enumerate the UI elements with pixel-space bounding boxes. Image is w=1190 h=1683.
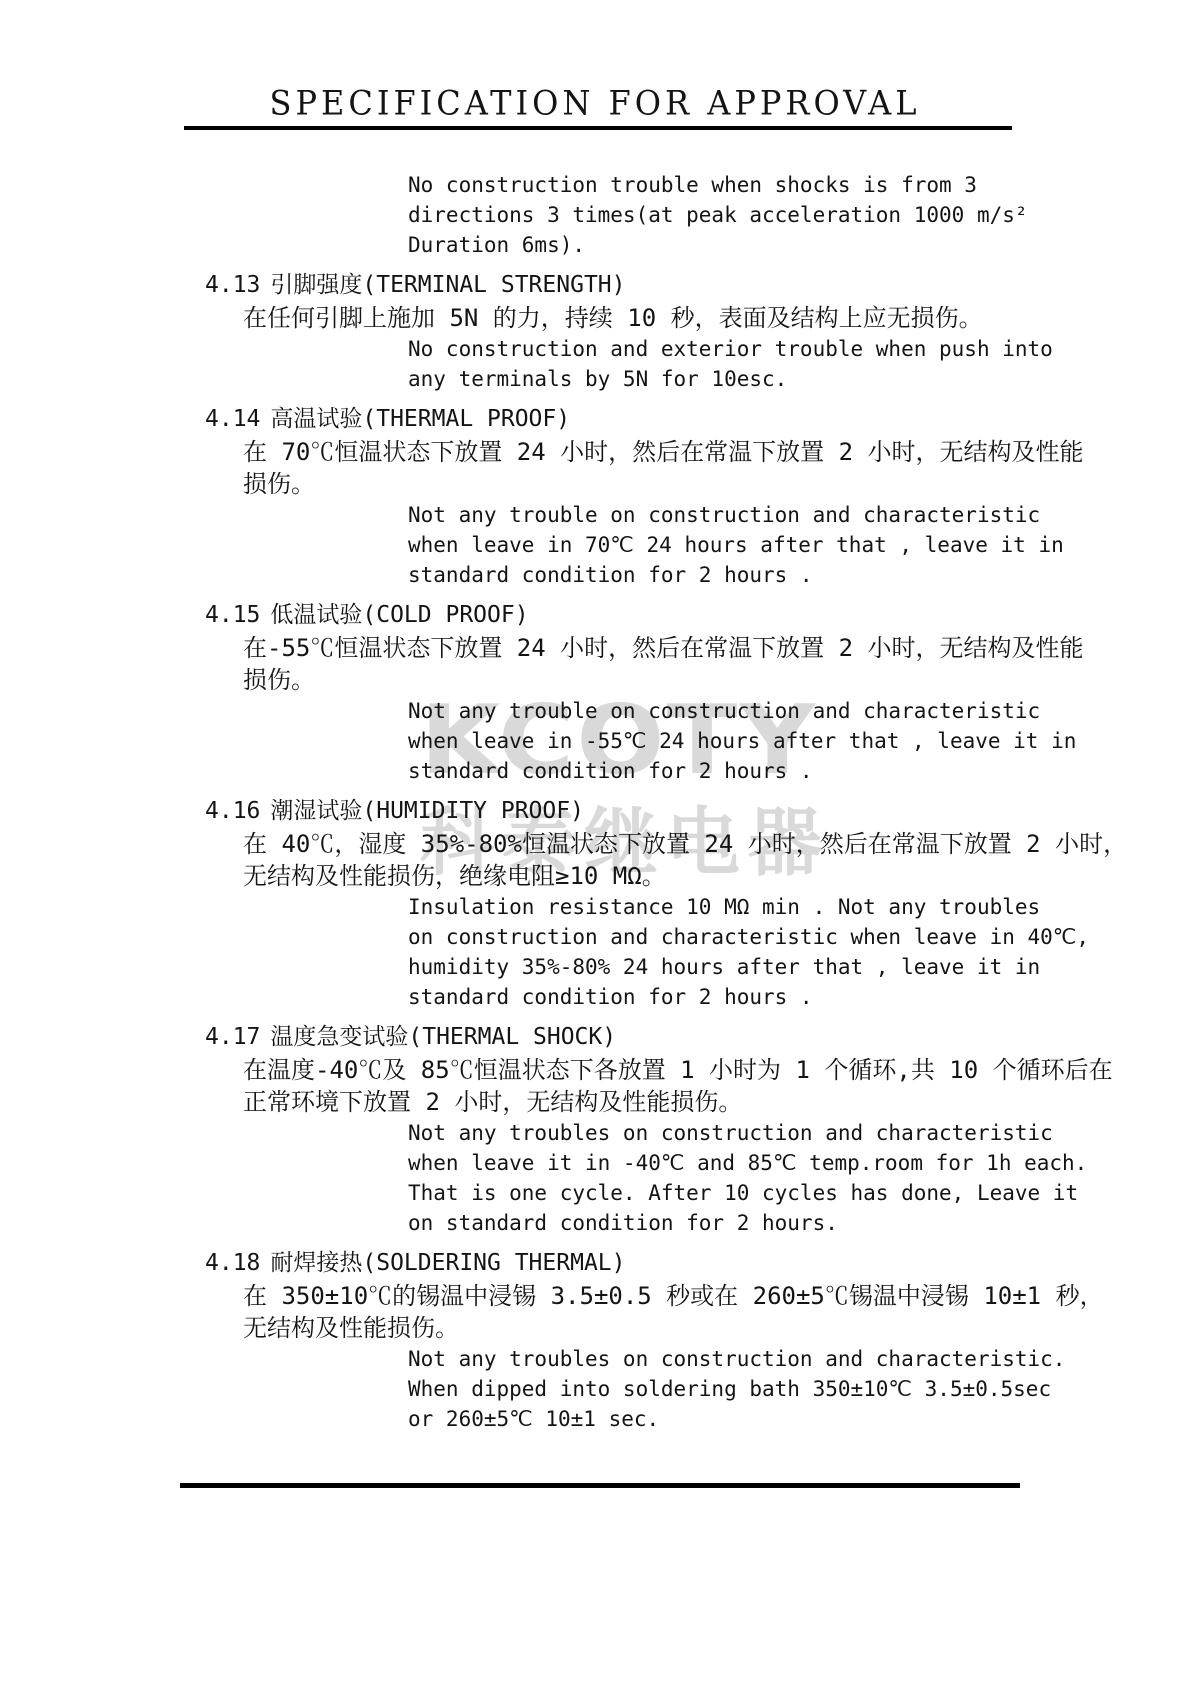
section-title: 耐焊接热(SOLDERING THERMAL)	[270, 1250, 625, 1276]
section-number: 4.14	[205, 406, 260, 432]
section-cn-line: 在-55℃恒温状态下放置 24 小时，然后在常温下放置 2 小时，无结构及性能	[243, 632, 1190, 664]
section-cn-line: 正常环境下放置 2 小时，无结构及性能损伤。	[243, 1086, 1190, 1118]
document-page: KCOTY 科泰继电器 SPECIFICATION FOR APPROVAL N…	[0, 0, 1190, 1683]
intro-english-line: Duration 6ms).	[408, 230, 1190, 260]
section-number: 4.16	[205, 798, 260, 824]
section-en-block: Not any troubles on construction and cha…	[408, 1344, 1190, 1434]
section-en-line: standard condition for 2 hours .	[408, 756, 1190, 786]
section-cn-line: 在任何引脚上施加 5N 的力，持续 10 秒，表面及结构上应无损伤。	[243, 302, 1190, 334]
section-cold-proof: 4.15低温试验(COLD PROOF) 在-55℃恒温状态下放置 24 小时，…	[0, 600, 1190, 786]
section-en-line: Insulation resistance 10 MΩ min . Not an…	[408, 892, 1190, 922]
section-thermal-shock: 4.17温度急变试验(THERMAL SHOCK) 在温度-40℃及 85℃恒温…	[0, 1022, 1190, 1238]
section-number: 4.13	[205, 272, 260, 298]
section-en-block: Insulation resistance 10 MΩ min . Not an…	[408, 892, 1190, 1012]
section-title: 潮湿试验(HUMIDITY PROOF)	[270, 798, 584, 824]
document-body: No construction trouble when shocks is f…	[0, 170, 1190, 1434]
section-cn-line: 在 70℃恒温状态下放置 24 小时，然后在常温下放置 2 小时，无结构及性能	[243, 436, 1190, 468]
section-title: 低温试验(COLD PROOF)	[270, 602, 528, 628]
section-en-line: humidity 35%-80% 24 hours after that , l…	[408, 952, 1190, 982]
section-cn-line: 损伤。	[243, 664, 1190, 696]
section-number: 4.17	[205, 1024, 260, 1050]
section-en-line: when leave in 70℃ 24 hours after that , …	[408, 530, 1190, 560]
intro-english-line: No construction trouble when shocks is f…	[408, 170, 1190, 200]
section-heading: 4.13引脚强度(TERMINAL STRENGTH)	[205, 270, 1190, 300]
section-en-line: No construction and exterior trouble whe…	[408, 334, 1190, 364]
section-cn-line: 无结构及性能损伤，绝缘电阻≥10 MΩ。	[243, 860, 1190, 892]
section-en-block: Not any trouble on construction and char…	[408, 500, 1190, 590]
page-title: SPECIFICATION FOR APPROVAL	[0, 83, 1190, 123]
section-heading: 4.17温度急变试验(THERMAL SHOCK)	[205, 1022, 1190, 1052]
section-title: 高温试验(THERMAL PROOF)	[270, 406, 570, 432]
section-en-line: Not any trouble on construction and char…	[408, 696, 1190, 726]
section-en-line: That is one cycle. After 10 cycles has d…	[408, 1178, 1190, 1208]
section-humidity-proof: 4.16潮湿试验(HUMIDITY PROOF) 在 40℃，湿度 35%-80…	[0, 796, 1190, 1012]
section-en-block: Not any troubles on construction and cha…	[408, 1118, 1190, 1238]
section-heading: 4.14高温试验(THERMAL PROOF)	[205, 404, 1190, 434]
section-number: 4.18	[205, 1250, 260, 1276]
section-en-block: No construction and exterior trouble whe…	[408, 334, 1190, 394]
header-rule	[184, 126, 1012, 130]
section-en-line: on standard condition for 2 hours.	[408, 1208, 1190, 1238]
section-en-line: Not any trouble on construction and char…	[408, 500, 1190, 530]
section-thermal-proof: 4.14高温试验(THERMAL PROOF) 在 70℃恒温状态下放置 24 …	[0, 404, 1190, 590]
section-en-line: or 260±5℃ 10±1 sec.	[408, 1404, 1190, 1434]
section-en-line: Not any troubles on construction and cha…	[408, 1344, 1190, 1374]
section-en-block: Not any trouble on construction and char…	[408, 696, 1190, 786]
intro-english-line: directions 3 times(at peak acceleration …	[408, 200, 1190, 230]
section-title: 引脚强度(TERMINAL STRENGTH)	[270, 272, 625, 298]
section-en-line: standard condition for 2 hours .	[408, 560, 1190, 590]
section-soldering-thermal: 4.18耐焊接热(SOLDERING THERMAL) 在 350±10℃的锡温…	[0, 1248, 1190, 1434]
section-number: 4.15	[205, 602, 260, 628]
section-heading: 4.15低温试验(COLD PROOF)	[205, 600, 1190, 630]
section-cn-line: 在温度-40℃及 85℃恒温状态下各放置 1 小时为 1 个循环,共 10 个循…	[243, 1054, 1190, 1086]
section-cn-line: 在 40℃，湿度 35%-80%恒温状态下放置 24 小时，然后在常温下放置 2…	[243, 828, 1190, 860]
intro-english-block: No construction trouble when shocks is f…	[408, 170, 1190, 260]
section-cn-line: 无结构及性能损伤。	[243, 1312, 1190, 1344]
section-en-line: any terminals by 5N for 10esc.	[408, 364, 1190, 394]
section-en-line: when leave it in -40℃ and 85℃ temp.room …	[408, 1148, 1190, 1178]
section-cn-line: 损伤。	[243, 468, 1190, 500]
section-en-line: on construction and characteristic when …	[408, 922, 1190, 952]
footer-rule	[180, 1483, 1020, 1488]
section-en-line: Not any troubles on construction and cha…	[408, 1118, 1190, 1148]
section-heading: 4.16潮湿试验(HUMIDITY PROOF)	[205, 796, 1190, 826]
section-en-line: when leave in -55℃ 24 hours after that ,…	[408, 726, 1190, 756]
section-cn-line: 在 350±10℃的锡温中浸锡 3.5±0.5 秒或在 260±5℃锡温中浸锡 …	[243, 1280, 1190, 1312]
section-en-line: When dipped into soldering bath 350±10℃ …	[408, 1374, 1190, 1404]
section-terminal-strength: 4.13引脚强度(TERMINAL STRENGTH) 在任何引脚上施加 5N …	[0, 270, 1190, 394]
section-title: 温度急变试验(THERMAL SHOCK)	[270, 1024, 616, 1050]
section-heading: 4.18耐焊接热(SOLDERING THERMAL)	[205, 1248, 1190, 1278]
section-en-line: standard condition for 2 hours .	[408, 982, 1190, 1012]
